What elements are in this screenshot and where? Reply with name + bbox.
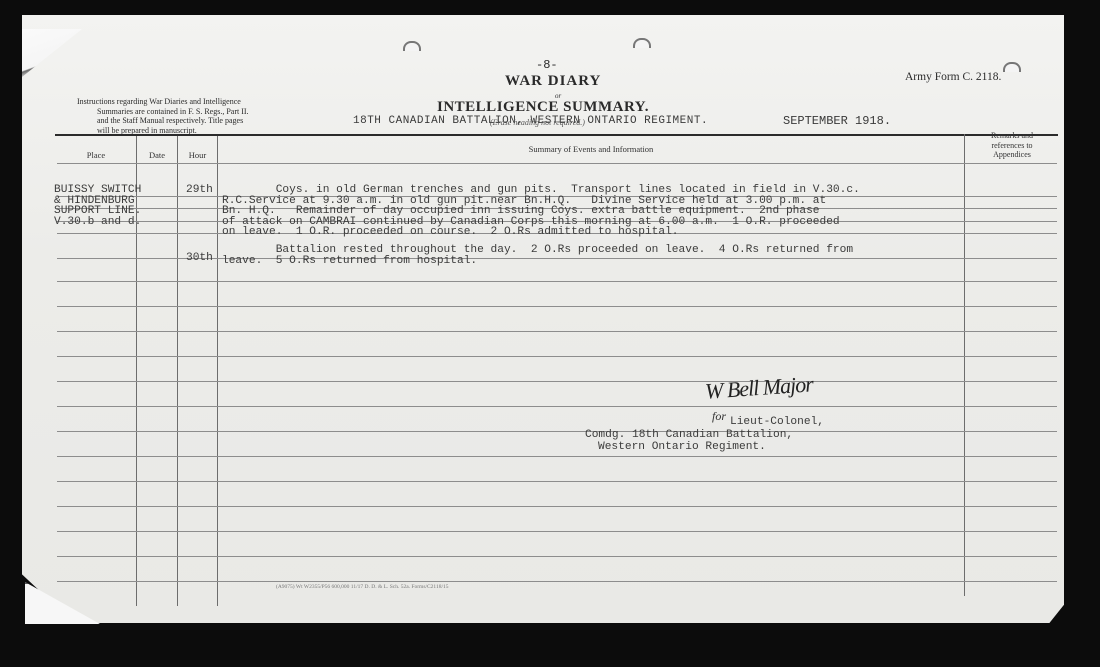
- header-place: Place: [56, 150, 136, 160]
- instructions-line: Summaries are contained in F. S. Regs., …: [77, 107, 317, 117]
- ruled-line: [57, 531, 1057, 532]
- entry-summary: Battalion rested throughout the day. 2 O…: [222, 245, 853, 266]
- header-remarks: Remarks and references to Appendices: [967, 131, 1057, 160]
- header-hour: Hour: [178, 150, 217, 160]
- entry-summary: Coys. in old German trenches and gun pit…: [222, 185, 860, 238]
- header-summary: Summary of Events and Information: [218, 144, 964, 154]
- signatory-command: Comdg. 18th Canadian Battalion,: [585, 430, 793, 441]
- ruled-line: [57, 281, 1057, 282]
- instructions-line: Instructions regarding War Diaries and I…: [77, 97, 317, 107]
- document-subtitle: INTELLIGENCE SUMMARY.: [437, 99, 649, 116]
- punch-hole-right: [633, 38, 651, 48]
- ruled-line: [57, 331, 1057, 332]
- instructions-line: and the Staff Manual respectively. Title…: [77, 116, 317, 126]
- page-number: -8-: [536, 58, 558, 72]
- ruled-line: [57, 581, 1057, 582]
- header-date: Date: [137, 150, 177, 160]
- entry-place: BUISSY SWITCH & HINDENBURG SUPPORT LINE.…: [54, 185, 141, 227]
- ruled-line: [57, 506, 1057, 507]
- ruled-line: [57, 381, 1057, 382]
- ruled-line: [57, 163, 1057, 164]
- header-rule: [55, 134, 1058, 136]
- remarks-line: Appendices: [967, 150, 1057, 160]
- ruled-line: [57, 431, 1057, 432]
- remarks-line: Remarks and: [967, 131, 1057, 141]
- column-divider-hour-summary: [217, 136, 218, 606]
- column-divider-summary-remarks: [964, 134, 965, 596]
- signatory-regiment: Western Ontario Regiment.: [598, 442, 766, 453]
- ruled-line: [57, 481, 1057, 482]
- ruled-line: [57, 456, 1057, 457]
- printer-imprint: (A9075) Wt W2355/P56 600,000 11/17 D. D.…: [276, 584, 449, 590]
- signature-per: for: [712, 409, 726, 424]
- ruled-line: [57, 356, 1057, 357]
- ruled-line: [57, 406, 1057, 407]
- ruled-line: [57, 306, 1057, 307]
- punch-hole-left: [403, 41, 421, 51]
- column-divider-date-hour: [177, 136, 178, 606]
- document-title: WAR DIARY: [505, 73, 601, 90]
- form-number: Army Form C. 2118.: [905, 71, 1001, 83]
- punch-hole-corner: [1003, 62, 1021, 72]
- remarks-line: references to: [967, 141, 1057, 151]
- ruled-line: [57, 556, 1057, 557]
- entry-date: 29th: [186, 185, 213, 196]
- subtitle-note: (Erase heading not required.): [490, 118, 585, 127]
- entry-date: 30th: [186, 253, 213, 264]
- diary-month: SEPTEMBER 1918.: [783, 114, 891, 128]
- signatory-rank: Lieut-Colonel,: [730, 417, 824, 428]
- instructions-block: Instructions regarding War Diaries and I…: [77, 97, 317, 135]
